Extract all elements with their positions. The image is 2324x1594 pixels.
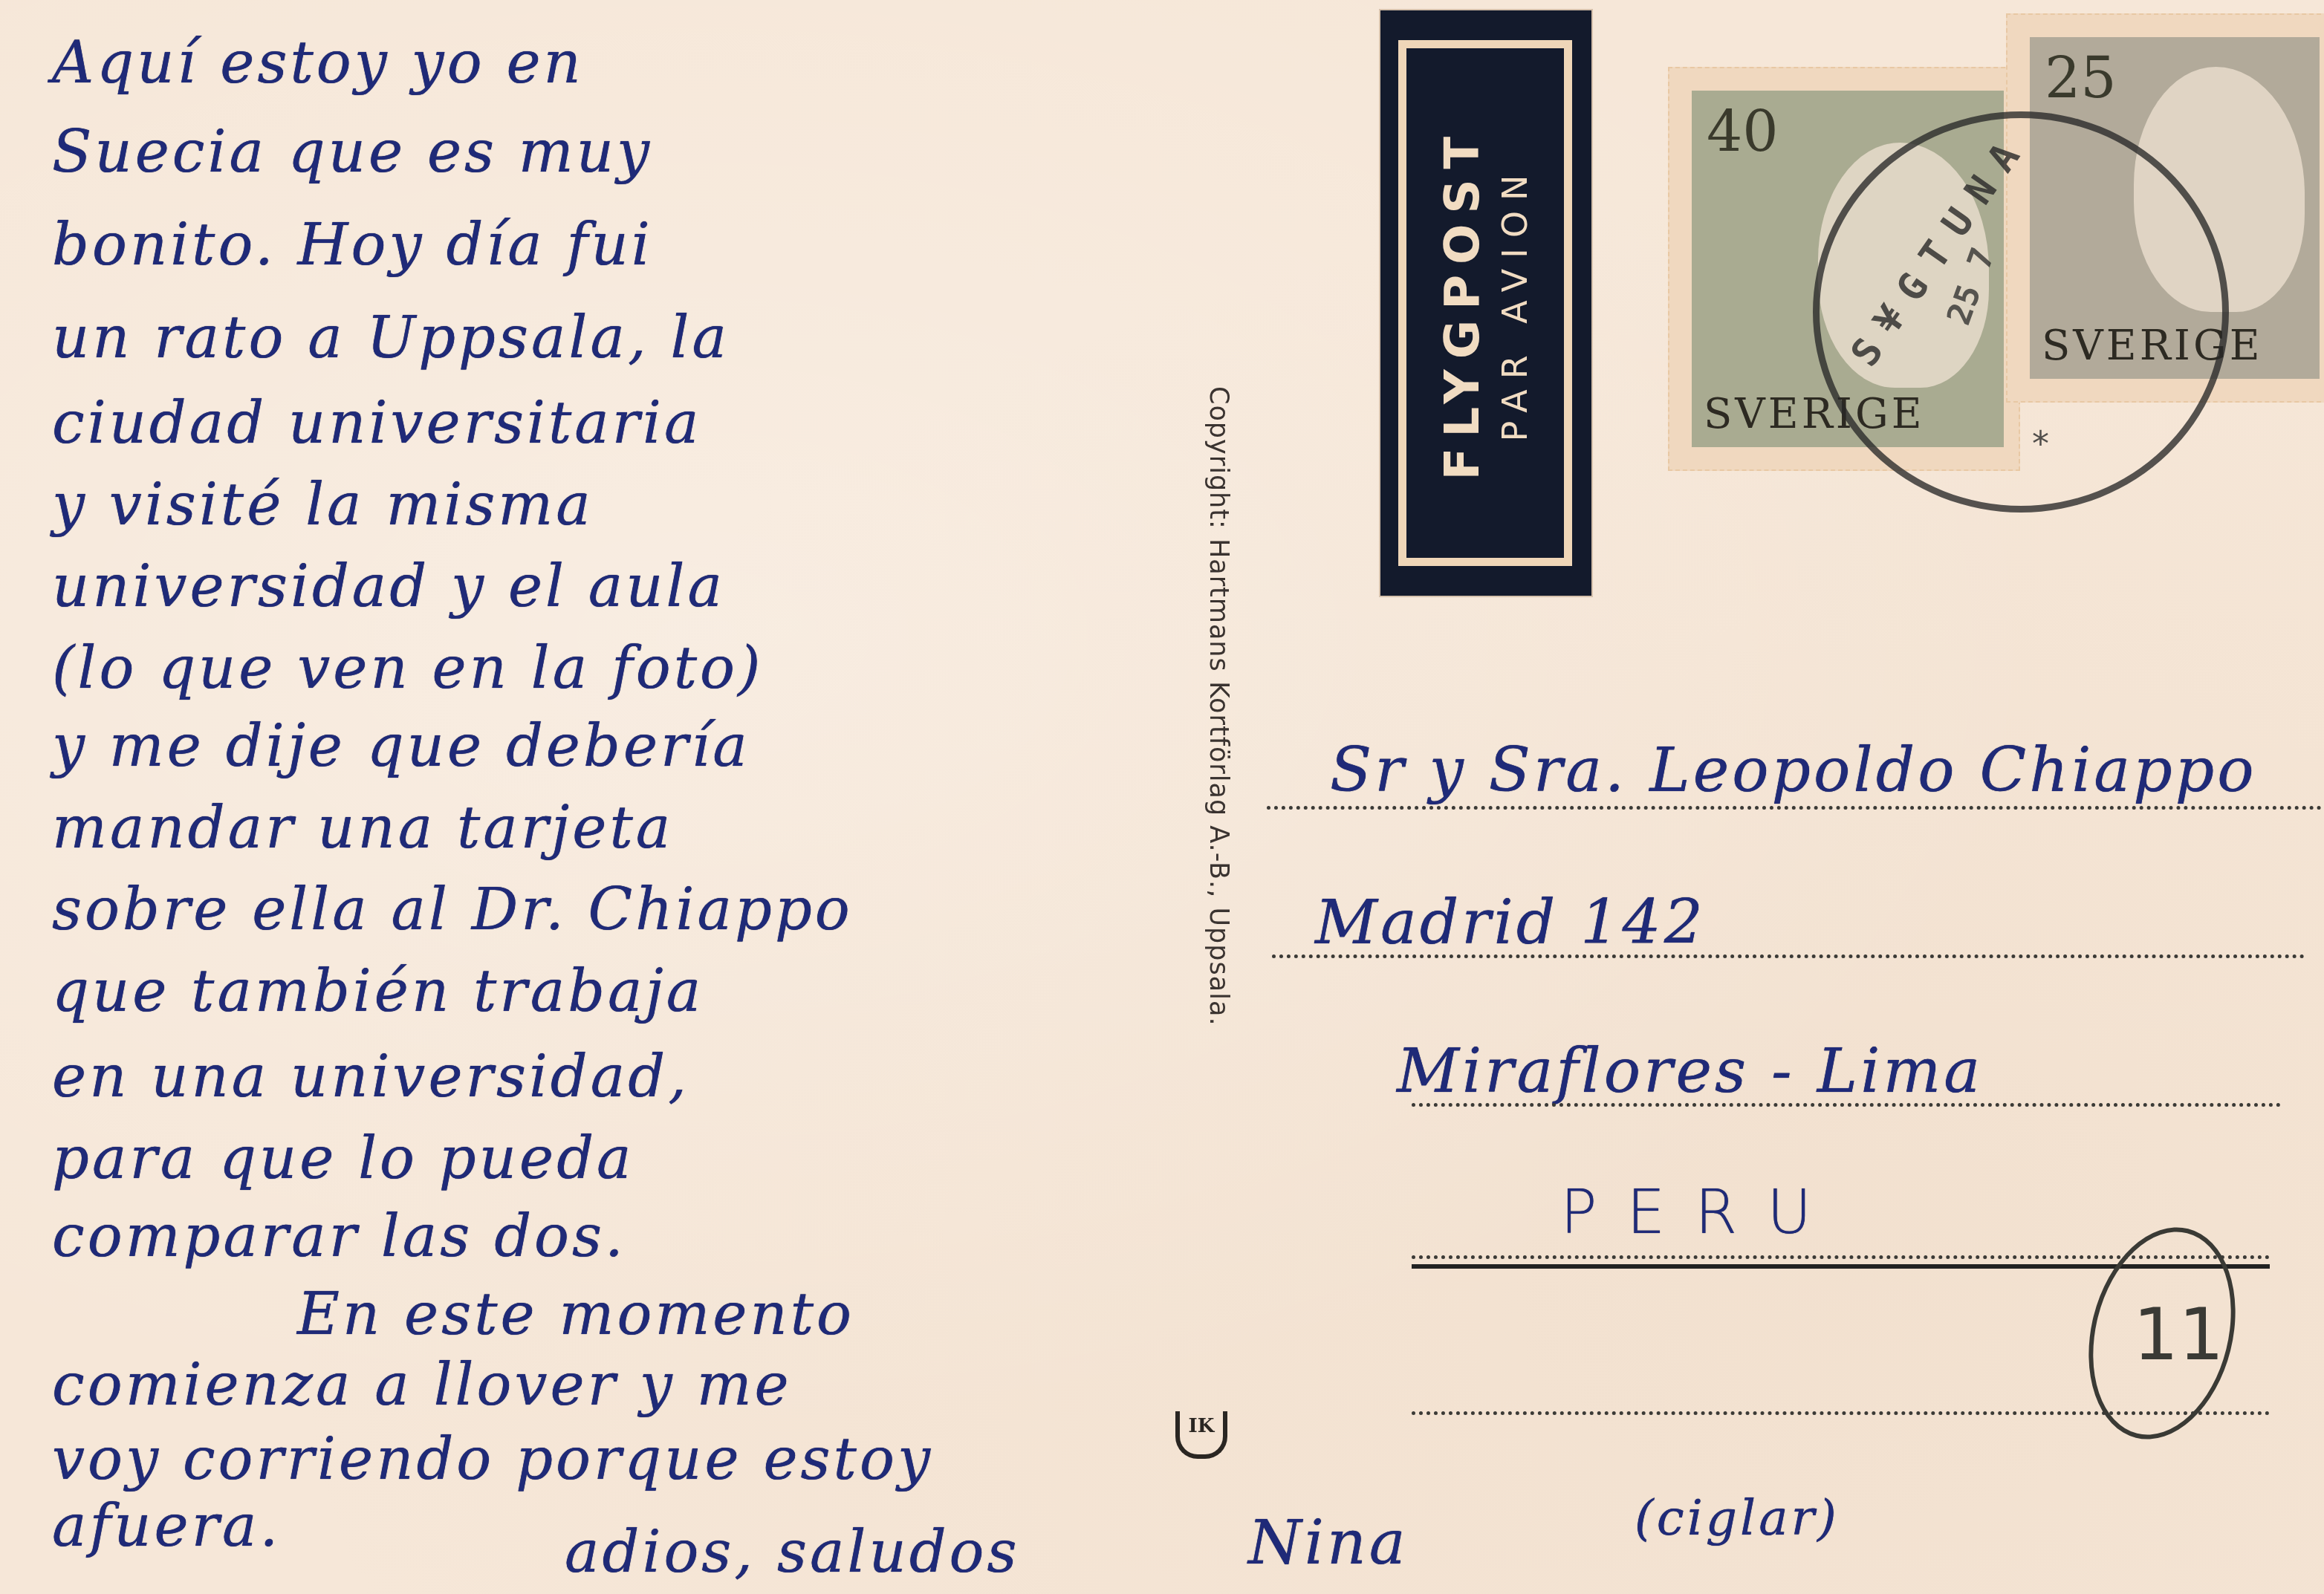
- message-line: que también trabaja: [52, 958, 704, 1025]
- message-line: ciudad universitaria: [52, 390, 702, 457]
- address-street: Madrid 142: [1315, 888, 1706, 958]
- message-line: voy corriendo porque estoy: [52, 1426, 933, 1493]
- address-city: Miraflores - Lima: [1397, 1036, 1983, 1107]
- airmail-label: FLYGPOST PAR AVION: [1380, 10, 1591, 596]
- address-rule: [1272, 954, 2305, 958]
- address-rule: [1412, 1103, 2281, 1107]
- airmail-label-border: FLYGPOST PAR AVION: [1398, 40, 1572, 566]
- signature: Nina: [1248, 1508, 1409, 1578]
- closing: adios, saludos: [565, 1519, 1020, 1586]
- message-line: en una universidad,: [52, 1044, 689, 1110]
- message-line: un rato a Uppsala, la: [52, 305, 730, 371]
- copyright-notice: Copyright: Hartmans Kortförlag A.-B., Up…: [1204, 386, 1233, 1027]
- message-line: comienza a llover y me: [52, 1352, 792, 1419]
- message-line: y me dije que debería: [52, 713, 750, 780]
- message-line: afuera.: [52, 1493, 281, 1560]
- message-line: bonito. Hoy día fui: [52, 212, 653, 279]
- message-line: y visité la misma: [52, 472, 594, 539]
- address-name: Sr y Sra. Leopoldo Chiappo: [1330, 735, 2257, 806]
- annotation-number: 11: [2133, 1293, 2224, 1376]
- message-line: Aquí estoy yo en: [52, 30, 584, 97]
- message-line: universidad y el aula: [52, 553, 725, 620]
- message-line: comparar las dos.: [52, 1203, 626, 1270]
- circled-number-annotation: 11: [2068, 1211, 2257, 1454]
- airmail-label-text: FLYGPOST PAR AVION: [1433, 126, 1537, 480]
- stamp-value: 40: [1707, 98, 1779, 164]
- signature-note: (ciglar): [1635, 1489, 1840, 1546]
- message-line: sobre ella al Dr. Chiappo: [52, 876, 853, 943]
- message-line: (lo que ven en la foto): [52, 635, 764, 702]
- postmark-star-icon: *: [2032, 423, 2049, 463]
- address-country: PERU: [1560, 1177, 1841, 1248]
- message-line: Suecia que es muy: [52, 119, 652, 186]
- publisher-logo-icon: IK: [1175, 1411, 1227, 1459]
- airmail-line-2: PAR AVION: [1493, 126, 1537, 480]
- message-line: para que lo pueda: [52, 1125, 634, 1192]
- message-line: mandar una tarjeta: [52, 795, 673, 862]
- stamp-value: 25: [2045, 45, 2117, 111]
- address-rule: [1267, 806, 2322, 810]
- airmail-line-1: FLYGPOST: [1433, 126, 1493, 480]
- message-line: En este momento: [297, 1281, 854, 1348]
